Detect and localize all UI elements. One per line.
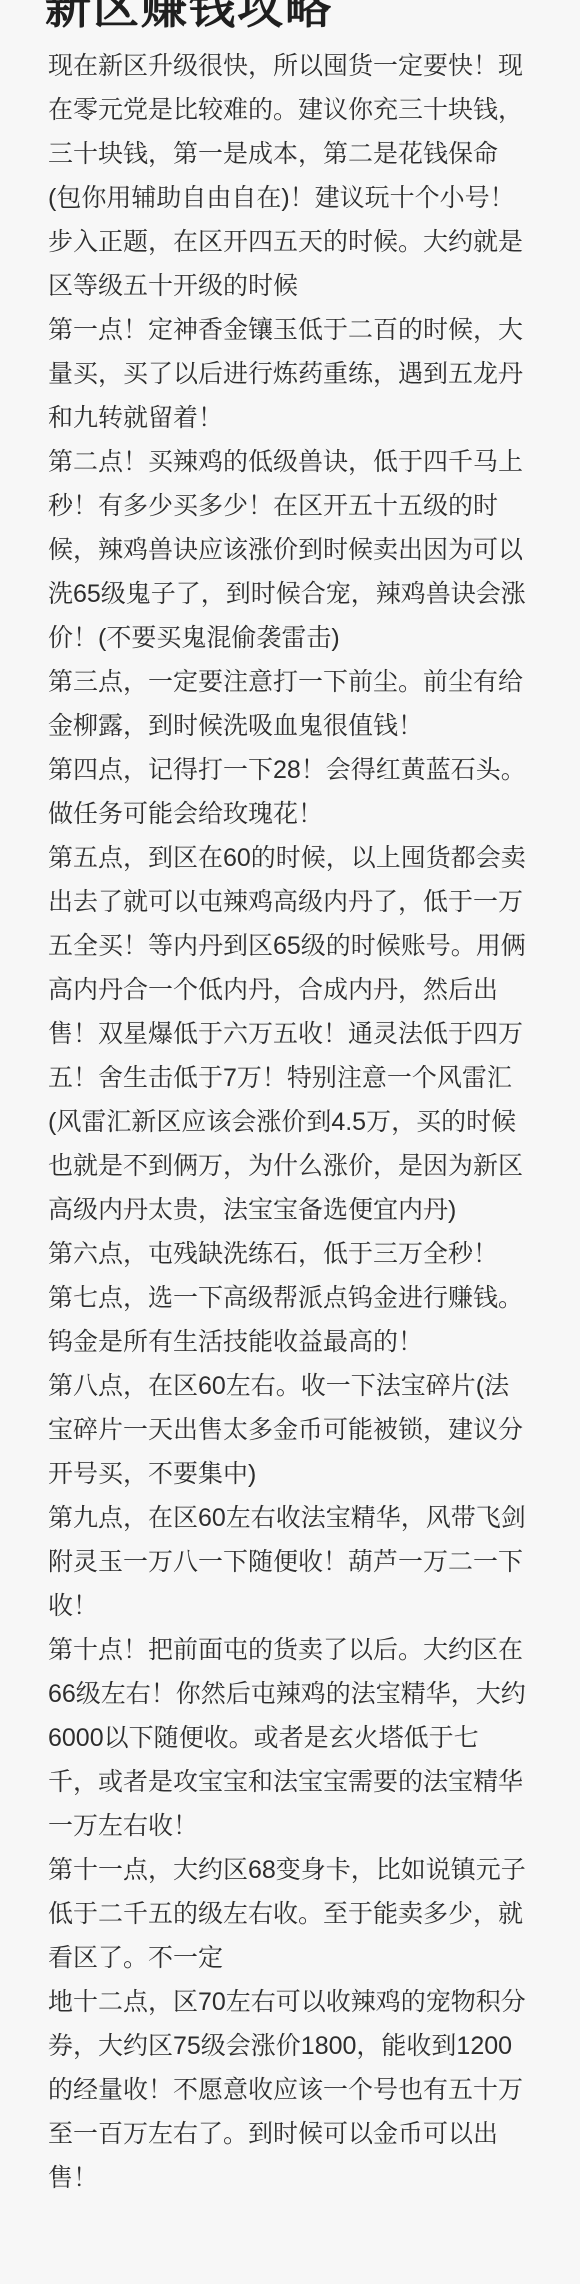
article-paragraph: 第十一点，大约区68变身卡，比如说镇元子低于二千五的级左右收。至于能卖多少，就看… [48, 1848, 528, 1980]
article-paragraph: 第一点！定神香金镶玉低于二百的时候，大量买，买了以后进行炼药重练，遇到五龙丹和九… [48, 308, 528, 440]
article-body: 现在新区升级很快，所以囤货一定要快！现在零元党是比较难的。建议你充三十块钱，三十… [0, 34, 580, 2200]
article-paragraph: 第二点！买辣鸡的低级兽诀，低于四千马上秒！有多少买多少！在区开五十五级的时候，辣… [48, 440, 528, 660]
article-paragraph: 步入正题，在区开四五天的时候。大约就是区等级五十开级的时候 [48, 220, 528, 308]
article-paragraph: 第十点！把前面屯的货卖了以后。大约区在66级左右！你然后屯辣鸡的法宝精华，大约6… [48, 1628, 528, 1848]
article-paragraph: 第五点，到区在60的时候，以上囤货都会卖出去了就可以屯辣鸡高级内丹了，低于一万五… [48, 836, 528, 1232]
article-paragraph: 第八点，在区60左右。收一下法宝碎片(法宝碎片一天出售太多金币可能被锁，建议分开… [48, 1364, 528, 1496]
article-paragraph: 现在新区升级很快，所以囤货一定要快！现在零元党是比较难的。建议你充三十块钱，三十… [48, 44, 528, 220]
article-page: 新区赚钱攻略 现在新区升级很快，所以囤货一定要快！现在零元党是比较难的。建议你充… [0, 0, 580, 2284]
article-paragraph: 第三点，一定要注意打一下前尘。前尘有给金柳露，到时候洗吸血鬼很值钱！ [48, 660, 528, 748]
article-paragraph: 第六点，屯残缺洗练石，低于三万全秒！ [48, 1232, 528, 1276]
article-paragraph: 地十二点，区70左右可以收辣鸡的宠物积分券，大约区75级会涨价1800，能收到1… [48, 1980, 528, 2200]
article-paragraph: 第四点，记得打一下28！会得红黄蓝石头。做任务可能会给玫瑰花！ [48, 748, 528, 836]
article-paragraph: 第九点，在区60左右收法宝精华，风带飞剑附灵玉一万八一下随便收！葫芦一万二一下收… [48, 1496, 528, 1628]
article-title: 新区赚钱攻略 [0, 0, 580, 34]
article-paragraph: 第七点，选一下高级帮派点钨金进行赚钱。钨金是所有生活技能收益最高的！ [48, 1276, 528, 1364]
